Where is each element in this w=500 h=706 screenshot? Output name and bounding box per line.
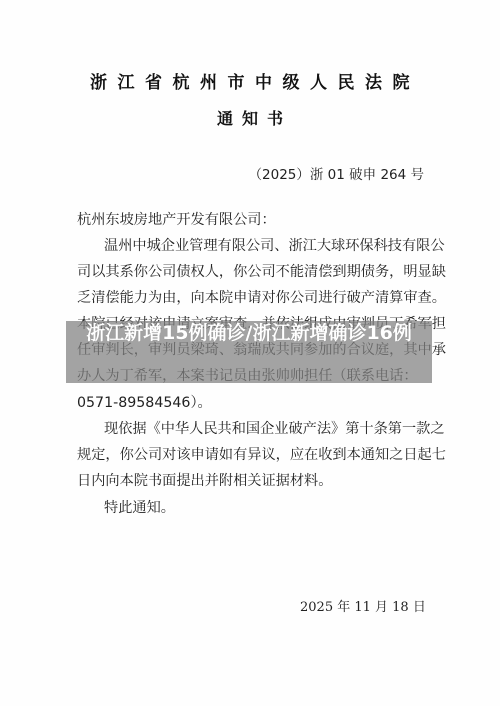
body-line: 温州中城企业管理有限公司、浙江大球环保科技有限公 [104, 237, 454, 255]
closing-line: 特此通知。 [104, 499, 454, 517]
document-type-heading: 通知书 [0, 106, 500, 129]
body-line: 乏清偿能力为由，向本院申请对你公司进行破产清算审查。 [77, 289, 427, 307]
body-line: 司以其系你公司债权人，你公司不能清偿到期债务，明显缺 [77, 263, 427, 281]
body-line: 现依据《中华人民共和国企业破产法》第十条第一款之 [104, 420, 454, 438]
body-line: 日内向本院书面提出并附相关证据材料。 [77, 472, 427, 490]
body-line: 0571-89584546）。 [77, 394, 427, 412]
addressee: 杭州东坡房地产开发有限公司： [77, 211, 427, 229]
issue-date: 2025 年 11 月 18 日 [300, 596, 426, 615]
headline-overlay-text: 浙江新增15例确诊/浙江新增确诊16例 [66, 322, 432, 344]
court-name-heading: 浙江省杭州市中级人民法院 [0, 68, 500, 93]
body-line: 规定，你公司对该申请如有异议，应在收到本通知之日起七 [77, 446, 427, 464]
case-number: （2025）浙 01 破申 264 号 [249, 163, 424, 183]
